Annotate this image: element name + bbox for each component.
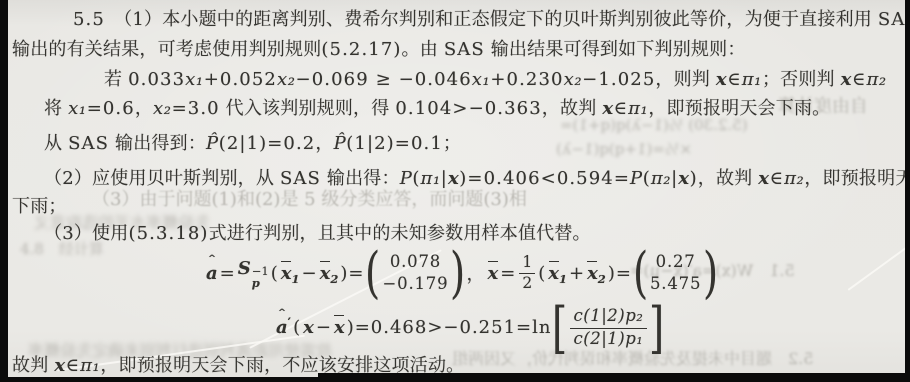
text-run: x [54, 355, 65, 376]
text-run: ( [643, 168, 651, 189]
text-run: x [602, 98, 613, 119]
text-run: +0.052 [204, 69, 277, 90]
text-run: x [716, 69, 727, 90]
bar-accent [587, 261, 597, 262]
text-run: P [400, 168, 413, 189]
fraction: 12 [519, 253, 535, 293]
text-run: π₁ [742, 69, 762, 90]
text-run: SAS [68, 133, 109, 154]
text-run: =3.0 [172, 98, 220, 119]
text-run: ∈ [66, 355, 80, 376]
text-run: ∈ [727, 69, 741, 90]
line-7-wrap: 下雨； [12, 196, 67, 218]
math-token: x [333, 317, 346, 338]
text-run: 代入该判别规则，得 [220, 98, 396, 119]
text-run: ∈ [852, 69, 866, 90]
line-4-substitute: 将 x₁=0.6，x₂=3.0 代入该判别规则，得 0.104>−0.363，故… [44, 98, 830, 120]
formula-ahat-and-xbar: aˆ=S−1p(x1−x2)=(0.078−0.179)， x=12(x1+x2… [205, 251, 718, 296]
text-run: P̂ [334, 133, 347, 154]
bleedthrough-text: 5.2 题目中未提及先验概率和误判代价，又因两组 [452, 346, 813, 369]
text-run: ，即预报明天不 [804, 168, 910, 189]
line-1-intro: 5.5 （1）本小题中的距离判别、费希尔判别和正态假定下的贝叶斯判别彼此等价，为… [73, 9, 910, 31]
text-run: x₂ [277, 69, 296, 90]
math-token: + [568, 263, 586, 284]
text-run: π₁ [80, 355, 100, 376]
text-run: P [630, 168, 643, 189]
math-token: − [315, 317, 333, 338]
text-run: （1）本小题中的距离判别、费希尔判别和正态假定下的贝叶斯判别彼此等价，为便于直接… [105, 9, 878, 30]
formula-discriminant-score: aˆ′(x−x)=0.468>−0.251=ln[c(1|2)p₂c(2|1)p… [275, 306, 664, 349]
math-token: = [499, 263, 517, 284]
text-run: （3）使用 [44, 223, 128, 244]
text-run: −1.025 [582, 69, 655, 90]
text-run: | [441, 168, 448, 189]
text-run: x₁ [68, 98, 87, 119]
text-run: 。由 [402, 39, 444, 60]
scan-edge-left [0, 0, 8, 382]
text-run: x [841, 69, 852, 90]
text-run: 0.033 [128, 69, 185, 90]
math-token: aˆ′ [275, 317, 292, 338]
fraction: c(1|2)p₂c(2|1)p₁ [570, 306, 648, 349]
text-run: ∈ [614, 98, 628, 119]
column-vector: 0.078−0.179 [381, 251, 451, 296]
text-run: 输出得： [321, 168, 400, 189]
math-token: x2 [319, 263, 340, 284]
hat-accent: ˆ [277, 309, 287, 323]
bar-accent [549, 261, 559, 262]
text-run: x₁ [185, 69, 204, 90]
text-run: 故判 [12, 355, 54, 376]
math-token: x [486, 263, 499, 284]
text-run: π₁ [421, 168, 441, 189]
bar-accent [281, 261, 291, 262]
text-run: 从 [44, 133, 68, 154]
line-2-intro: 输出的有关结果，可考虑使用判别规则(5.2.17)。由 SAS 输出结果可得到如… [12, 39, 746, 61]
math-token: = [219, 263, 237, 284]
math-token: aˆ [205, 263, 219, 284]
math-token: ( [270, 263, 280, 284]
text-run: SAS [444, 39, 485, 60]
text-run: 输出的有关结果，可考虑使用判别规则 [12, 39, 321, 60]
text-run: x₂ [564, 69, 583, 90]
text-run: 将 [44, 98, 68, 119]
text-run: x [678, 168, 689, 189]
text-run: 5.5 [73, 9, 105, 30]
math-token: ， [465, 260, 486, 286]
line-5-sas-output: 从 SAS 输出得到：P̂(2|1)=0.2，P̂(1|2)=0.1； [44, 133, 461, 155]
text-run: π₁ [628, 98, 648, 119]
text-run: π₂ [651, 168, 671, 189]
text-run: (2|1)=0.2 [219, 133, 316, 154]
text-run: ∈ [770, 168, 784, 189]
text-run: π₂ [866, 69, 886, 90]
scan-scratch [848, 239, 910, 291]
text-run: =0.6 [87, 98, 135, 119]
math-token: − [301, 263, 319, 284]
text-run: 式进行判别，且其中的未知参数用样本值代替。 [209, 223, 591, 244]
bleedthrough-text: ×½=(1+q)q(1−λ) [556, 140, 692, 158]
text-run: ，则判 [655, 69, 716, 90]
text-run: ，故判 [542, 98, 603, 119]
text-run: x₁ [472, 69, 491, 90]
math-token: x2 [586, 263, 607, 284]
text-run: ， [135, 98, 153, 119]
line-3-rule: 若 0.033x₁+0.052x₂−0.069 ≥ −0.046x₁+0.230… [104, 69, 887, 91]
text-run: +0.230 [490, 69, 563, 90]
text-run: )=0.406<0.594= [459, 168, 630, 189]
hat-accent: ˆ [207, 255, 217, 269]
line-8-method: （3）使用(5.3.18)式进行判别，且其中的未知参数用样本值代替。 [44, 223, 591, 245]
math-token: )= [607, 263, 633, 284]
text-run: x [448, 168, 459, 189]
text-run: （2）应使用贝叶斯判别，从 [44, 168, 280, 189]
text-run: 输出结果可得到如下判别规则： [485, 39, 746, 60]
text-run: π₂ [784, 168, 804, 189]
text-run: 输出得到： [109, 133, 206, 154]
text-run: (1|2)=0.1 [346, 133, 443, 154]
text-run: 下雨； [12, 196, 67, 217]
math-token: ( [537, 263, 547, 284]
scanned-page: 自由度计算(5.2.30) ½(1−λ)q(q+1)=×½=(1+q)q(1−λ… [0, 0, 910, 382]
bar-accent [334, 315, 344, 316]
text-run: ， [315, 133, 333, 154]
text-run: (5.3.18) [128, 223, 208, 244]
bar-accent [320, 261, 330, 262]
text-run: ( [412, 168, 420, 189]
math-token: )= [339, 263, 365, 284]
text-run: 若 [104, 69, 128, 90]
math-token: S−1p [237, 258, 270, 288]
column-vector: 0.275.475 [648, 251, 703, 296]
text-run: P̂ [206, 133, 219, 154]
text-run: SAS [280, 168, 321, 189]
text-run: x₂ [153, 98, 172, 119]
math-token: x [302, 317, 315, 338]
bar-accent [488, 261, 498, 262]
text-run: ； [443, 133, 461, 154]
scan-edge-bottom-right [318, 373, 910, 382]
math-token: x1 [547, 263, 568, 284]
text-run: x [758, 168, 769, 189]
text-run: ；否则判 [762, 69, 841, 90]
math-token: )=0.468>−0.251=ln [346, 317, 553, 338]
text-run: ，故判 [698, 168, 759, 189]
math-token: x1 [280, 263, 301, 284]
math-token: ( [292, 317, 302, 338]
scan-edge-right [905, 0, 910, 382]
text-run: 0.104>−0.363 [395, 98, 541, 119]
line-6-bayes: （2）应使用贝叶斯判别，从 SAS 输出得：P(π₁|x)=0.406<0.59… [44, 168, 910, 190]
text-run: −0.069 ≥ −0.046 [296, 69, 472, 90]
text-run: ) [690, 168, 698, 189]
text-run: ，即预报明天会下雨。 [648, 98, 830, 119]
text-run: (5.2.17) [321, 39, 401, 60]
